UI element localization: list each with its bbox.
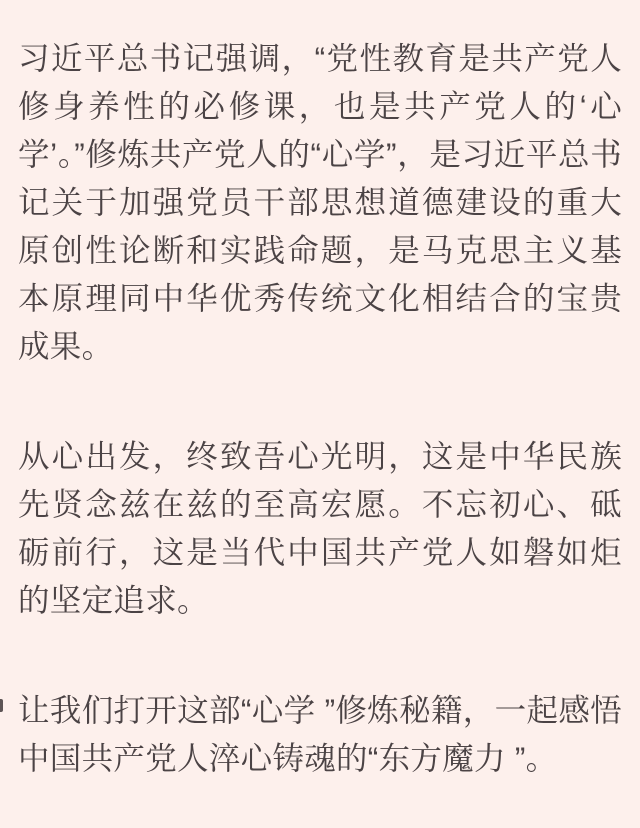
paragraph: 从心出发，终致吾心光明，这是中华民族先贤念兹在兹的至高宏愿。不忘初心、砥砺前行，…: [18, 432, 622, 624]
page: { "page": { "background_color": "#fdf0ec…: [0, 0, 640, 828]
clipped-glyph-fragment: [0, 699, 3, 712]
paragraph: 习近平总书记强调，“党性教育是共产党人修身养性的必修课，也是共产党人的‘心学’。…: [18, 34, 622, 370]
paragraph: 让我们打开这部“心学 ”修炼秘籍，一起感悟中国共产党人淬心铸魂的“东方魔力 ”。: [18, 686, 622, 782]
article-body: 习近平总书记强调，“党性教育是共产党人修身养性的必修课，也是共产党人的‘心学’。…: [0, 0, 640, 782]
